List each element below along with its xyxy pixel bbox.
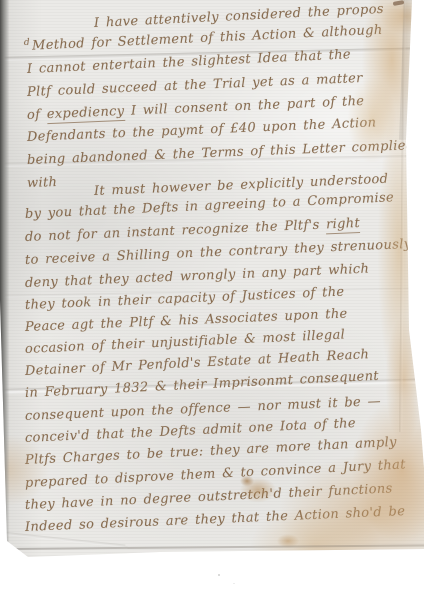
handwriting-text: of [27,107,47,123]
manuscript-line: with [27,175,58,191]
superscript-letter: d [24,38,31,48]
paper-left-edge-shadow [0,0,10,557]
underlined-word: right [326,216,361,234]
scanner-speck [233,583,235,584]
scanner-speck [218,574,220,576]
handwriting-text: do not for an instant recognize the Pltf… [25,217,327,245]
handwriting-text: with [27,175,58,191]
manuscript-line: being abandoned & the Terms of this Lett… [27,138,415,168]
underlined-word: expediency [46,104,124,124]
scanned-letter-page: I have attentively considered the propos… [0,0,424,600]
manuscript-text: I have attentively considered the propos… [0,0,424,600]
handwriting-text: I will consent on the part of the [124,94,364,119]
handwriting-text: being abandoned & the Terms of this Lett… [27,138,415,168]
paper-sheet: I have attentively considered the propos… [0,0,424,600]
